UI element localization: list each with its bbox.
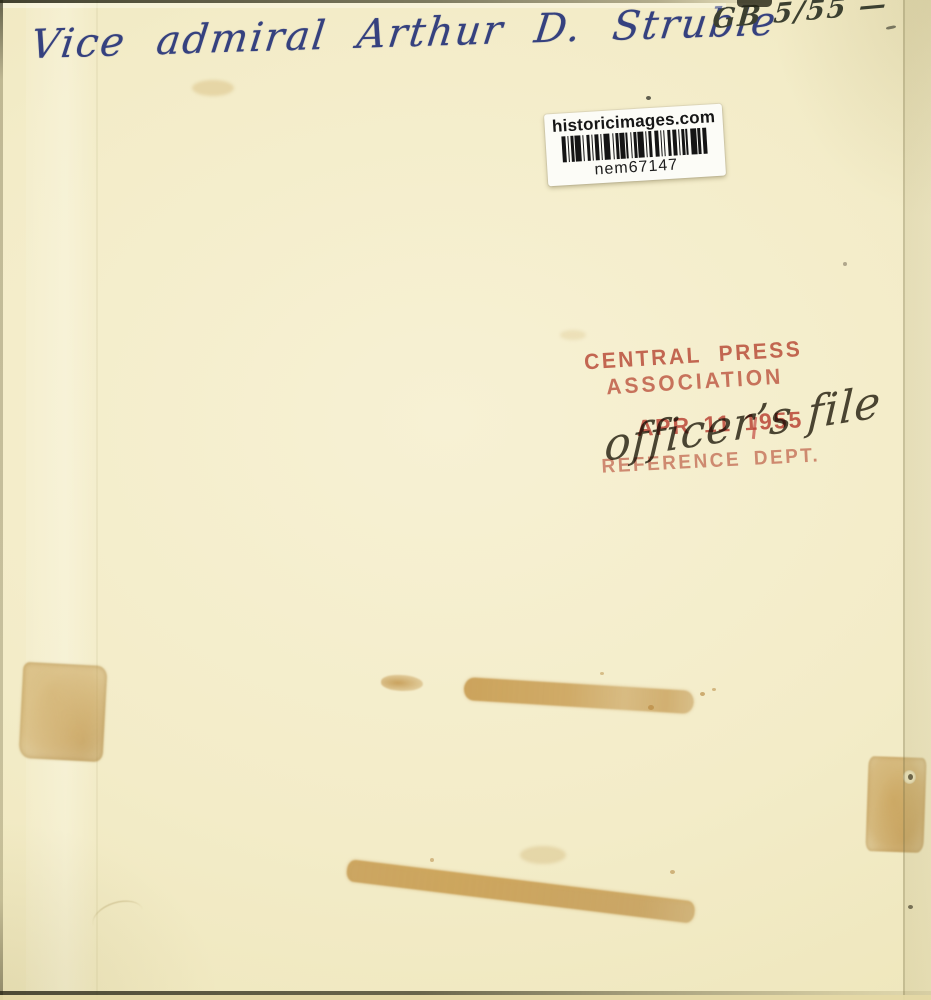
speck [712, 688, 716, 691]
age-spot [560, 330, 586, 340]
age-spot [520, 846, 566, 864]
press-association-stamp: CENTRAL PRESS ASSOCIATION [582, 336, 807, 402]
top-edge-highlight [0, 3, 726, 8]
photo-verso: Vice admiral Arthur D. Struble GB 5/55 —… [0, 0, 931, 1000]
speck [700, 692, 705, 696]
speck [648, 705, 654, 710]
speck [600, 672, 604, 675]
top-edge-blob [737, 0, 772, 7]
tape-stain-left-square [19, 662, 108, 762]
speck [430, 858, 434, 862]
adhesive-stain-middle-band [463, 677, 694, 714]
barcode-sticker: historicimages.com nem67147 [544, 104, 726, 187]
bottom-edge-strip [0, 995, 931, 1000]
left-edge-shadow [0, 0, 3, 1000]
handwritten-caption: Vice admiral Arthur D. Struble [28, 0, 780, 68]
speck [670, 870, 675, 874]
ink-speck [646, 96, 651, 100]
adhesive-stain-bottom-band [346, 859, 696, 923]
ink-speck [843, 262, 847, 266]
right-edge-band [905, 0, 931, 1000]
adhesive-stain-small-blob [381, 674, 424, 691]
age-spot [192, 80, 234, 96]
